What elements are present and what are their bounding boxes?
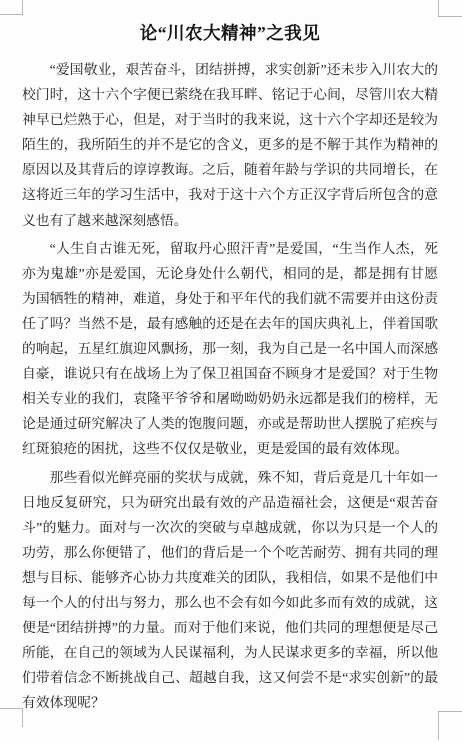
document-page: 论“川农大精神”之我见 “爱国敬业，艰苦奋斗，团结拼搏，求实创新”还未步入川农大… (0, 0, 462, 743)
text-boundary-mark-top-right (438, 0, 462, 17)
essay-paragraph-2: “人生自古谁无死，留取丹心照汗青”是爱国，“生当作人杰，死亦为鬼雄”亦是爱国，无… (22, 236, 438, 462)
essay-paragraph-1: “爱国敬业，艰苦奋斗，团结拼搏，求实创新”还未步入川农大的校门时，这十六个字便已… (22, 57, 438, 233)
essay-paragraph-3: 那些看似光鲜亮丽的奖状与成就，殊不知，背后竟是几十年如一日地反复研究，只为研究出… (22, 465, 438, 716)
text-boundary-mark-top-left (0, 0, 23, 15)
text-boundary-mark-bottom-left (0, 708, 23, 727)
text-area: 论“川农大精神”之我见 “爱国敬业，艰苦奋斗，团结拼搏，求实创新”还未步入川农大… (22, 16, 438, 718)
essay-title: 论“川农大精神”之我见 (22, 20, 438, 46)
text-boundary-mark-bottom-right (438, 711, 462, 740)
